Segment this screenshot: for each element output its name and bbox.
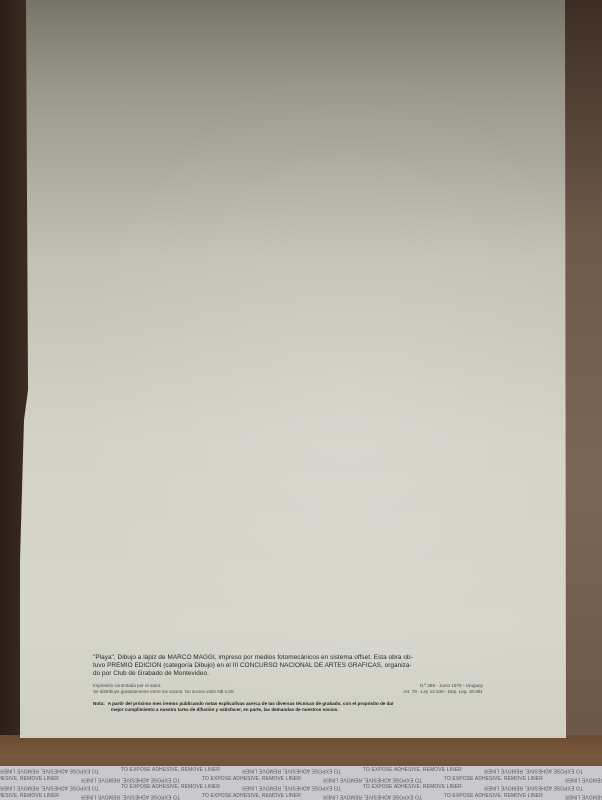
liner-text: TO EXPOSE ADHESIVE, REMOVE LINER [121, 766, 220, 775]
nota-label: Nota: [93, 701, 105, 706]
publication-meta: Impresión controlada por el autor. Se di… [93, 683, 483, 695]
cardboard-background-right [560, 0, 602, 800]
liner-text: TO EXPOSE ADHESIVE, REMOVE LINER [202, 775, 301, 784]
liner-text: TO EXPOSE ADHESIVE, REMOVE LINER [444, 792, 543, 800]
liner-text: TO EXPOSE ADHESIVE, REMOVE LINER [565, 775, 602, 784]
liner-text: TO EXPOSE ADHESIVE, REMOVE LINER [323, 775, 422, 784]
caption-line: do por Club de Grabado de Montevideo. [93, 670, 483, 678]
liner-text: TO EXPOSE ADHESIVE, REMOVE LINER [81, 792, 180, 800]
issue-legal-info: N.º 288 - Junio 1976 - Uruguay Art. 79 -… [403, 683, 483, 695]
adhesive-liner-strip: TO EXPOSE ADHESIVE, REMOVE LINERTO EXPOS… [0, 766, 602, 800]
liner-text: TO EXPOSE ADHESIVE, REMOVE LINER [565, 792, 602, 800]
nota-block: Nota:A partir del próximo mes iremos pub… [93, 701, 483, 713]
liner-text: TO EXPOSE ADHESIVE, REMOVE LINER [363, 783, 462, 792]
liner-text: TO EXPOSE ADHESIVE, REMOVE LINER [242, 783, 341, 792]
caption-line: tuvo PREMIO EDICION (categoría Dibujo) e… [93, 662, 483, 670]
liner-row: TO EXPOSE ADHESIVE, REMOVE LINERTO EXPOS… [0, 783, 602, 792]
liner-row: TO EXPOSE ADHESIVE, REMOVE LINERTO EXPOS… [0, 792, 602, 800]
paper-shading [20, 0, 566, 738]
paper-sheet [20, 0, 566, 738]
liner-text: TO EXPOSE ADHESIVE, REMOVE LINER [444, 775, 543, 784]
distribution-note: Se distribuye gratuitamente entre los so… [93, 689, 235, 695]
artwork-caption: "Playa". Dibujo a lápiz de MARCO MAGGI, … [93, 654, 483, 678]
liner-row: TO EXPOSE ADHESIVE, REMOVE LINERTO EXPOS… [0, 775, 602, 784]
liner-text: TO EXPOSE ADHESIVE, REMOVE LINER [363, 766, 462, 775]
liner-text: TO EXPOSE ADHESIVE, REMOVE LINER [242, 766, 341, 775]
cardboard-background-bottom [0, 735, 602, 770]
liner-text: TO EXPOSE ADHESIVE, REMOVE LINER [0, 766, 99, 775]
liner-text: TO EXPOSE ADHESIVE, REMOVE LINER [202, 792, 301, 800]
colophon-block: "Playa". Dibujo a lápiz de MARCO MAGGI, … [93, 654, 483, 713]
liner-text: TO EXPOSE ADHESIVE, REMOVE LINER [121, 783, 220, 792]
legal-info: Art. 79 - Ley 13.349 - Dep. Leg. 30.881 [403, 689, 483, 695]
liner-text: TO EXPOSE ADHESIVE, REMOVE LINER [0, 792, 59, 800]
nota-line: A partir del próximo mes iremos publican… [108, 701, 394, 706]
liner-text: TO EXPOSE ADHESIVE, REMOVE LINER [484, 783, 583, 792]
print-distribution-notes: Impresión controlada por el autor. Se di… [93, 683, 235, 695]
liner-text: TO EXPOSE ADHESIVE, REMOVE LINER [323, 792, 422, 800]
liner-text: TO EXPOSE ADHESIVE, REMOVE LINER [0, 783, 99, 792]
liner-row: TO EXPOSE ADHESIVE, REMOVE LINERTO EXPOS… [0, 766, 602, 775]
liner-text: TO EXPOSE ADHESIVE, REMOVE LINER [81, 775, 180, 784]
liner-text: TO EXPOSE ADHESIVE, REMOVE LINER [484, 766, 583, 775]
nota-line: mejor cumplimiento a nuestra tarea de di… [93, 707, 483, 713]
liner-text: TO EXPOSE ADHESIVE, REMOVE LINER [0, 775, 59, 784]
caption-line: "Playa". Dibujo a lápiz de MARCO MAGGI, … [93, 654, 483, 662]
